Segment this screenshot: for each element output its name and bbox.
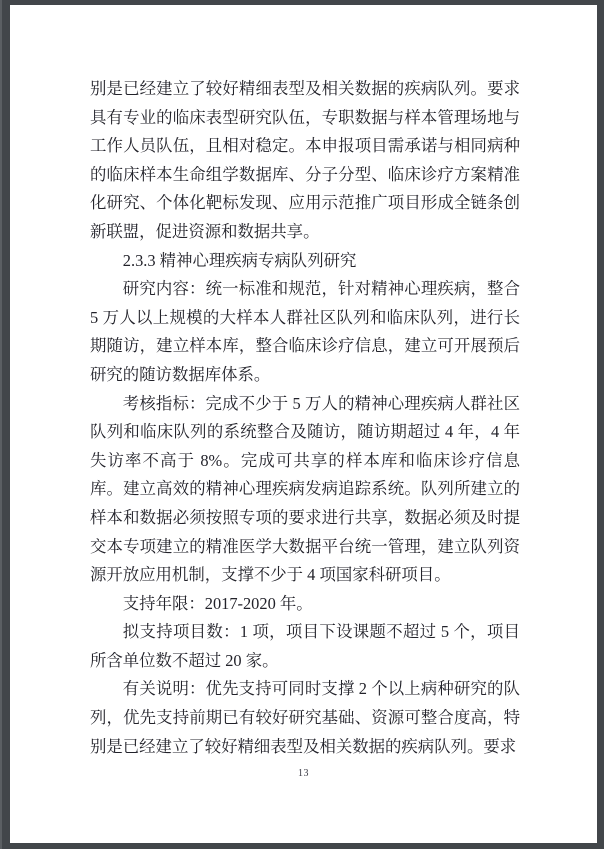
document-text: 别是已经建立了较好精细表型及相关数据的疾病队列。要求具有专业的临床表型研究队伍，… (90, 75, 520, 761)
viewer-edge-highlight (0, 0, 2, 849)
document-page: 别是已经建立了较好精细表型及相关数据的疾病队列。要求具有专业的临床表型研究队伍，… (10, 5, 597, 843)
paragraph-research-content: 研究内容：统一标准和规范，针对精神心理疾病，整合 5 万人以上规模的大样本人群社… (90, 275, 520, 389)
section-heading: 2.3.3 精神心理疾病专病队列研究 (90, 247, 520, 276)
paragraph-assessment-indicators: 考核指标：完成不少于 5 万人的精神心理疾病人群社区队列和临床队列的系统整合及随… (90, 390, 520, 590)
page-number: 13 (10, 768, 597, 779)
viewer-background: 别是已经建立了较好精细表型及相关数据的疾病队列。要求具有专业的临床表型研究队伍，… (0, 0, 604, 849)
paragraph-continuation: 别是已经建立了较好精细表型及相关数据的疾病队列。要求具有专业的临床表型研究队伍，… (90, 75, 520, 247)
paragraph-support-period: 支持年限：2017-2020 年。 (90, 590, 520, 619)
paragraph-remarks: 有关说明：优先支持可同时支撑 2 个以上病种研究的队列，优先支持前期已有较好研究… (90, 675, 520, 761)
paragraph-project-count: 拟支持项目数：1 项，项目下设课题不超过 5 个，项目所含单位数不超过 20 家… (90, 618, 520, 675)
